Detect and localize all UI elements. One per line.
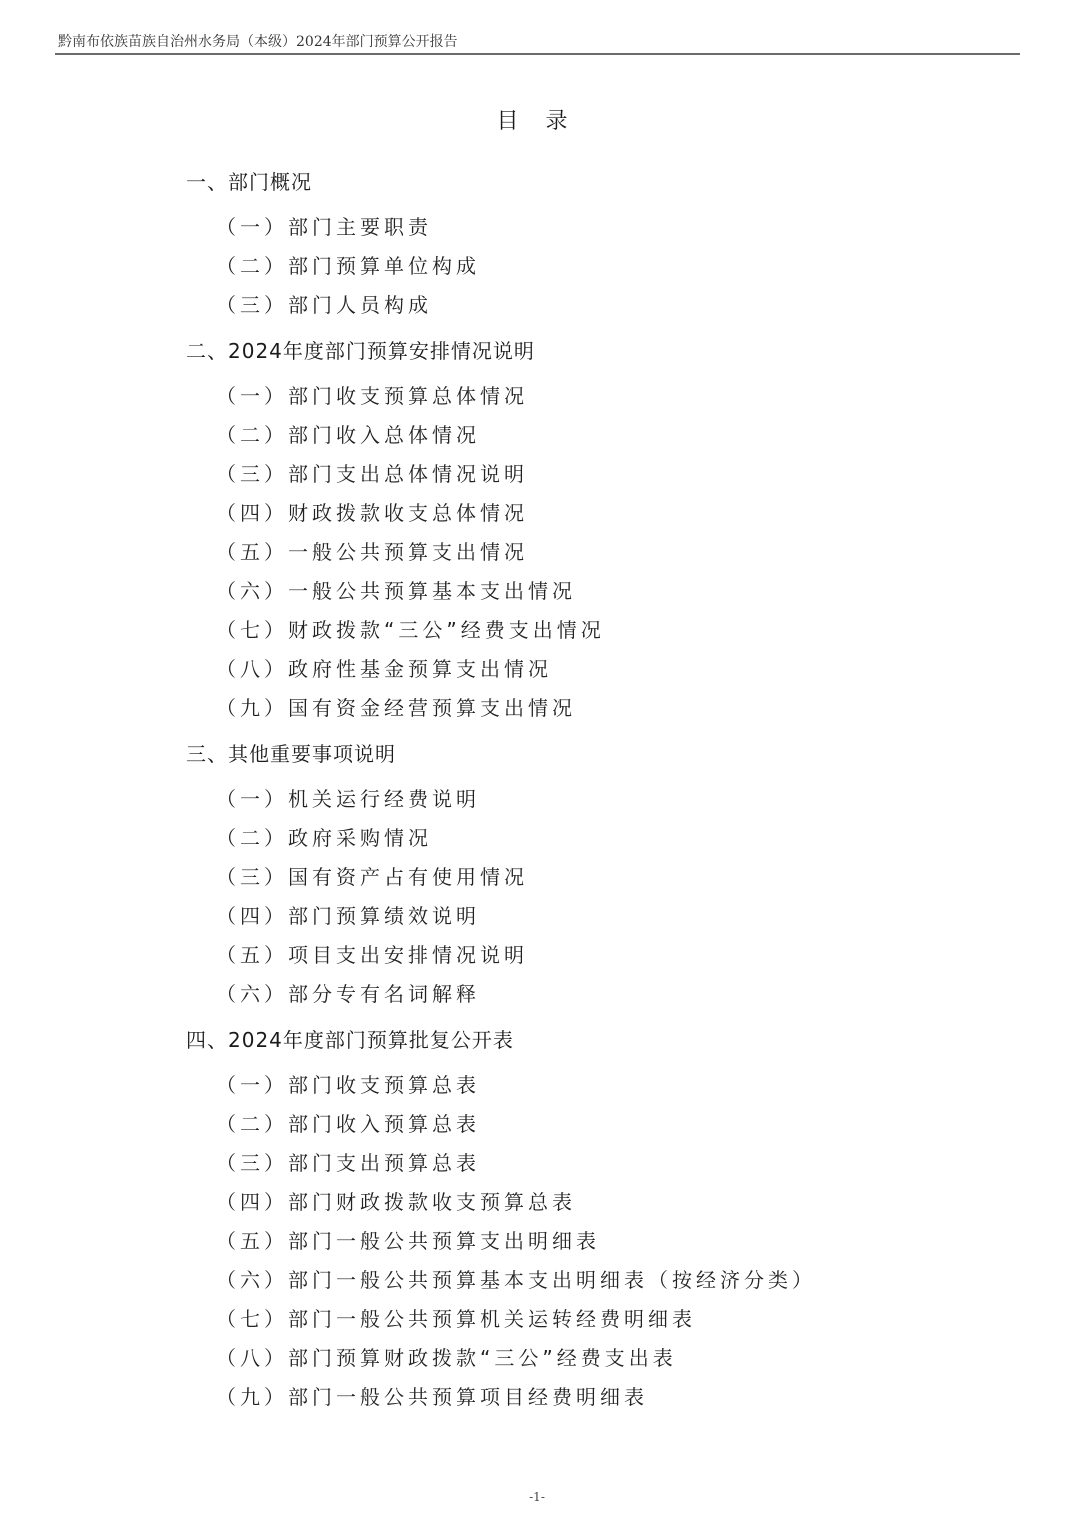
toc-item[interactable]: （三）国有资产占有使用情况 <box>216 861 528 890</box>
toc-item[interactable]: （一）部门收支预算总表 <box>216 1069 480 1098</box>
toc-title: 目 录 <box>0 104 1074 135</box>
toc-section-1[interactable]: 一、部门概况 <box>186 166 312 195</box>
toc-item[interactable]: （八）政府性基金预算支出情况 <box>216 653 552 682</box>
toc-item[interactable]: （八）部门预算财政拨款“三公”经费支出表 <box>216 1342 677 1371</box>
toc-item[interactable]: （二）部门预算单位构成 <box>216 250 480 279</box>
toc-item[interactable]: （一）部门收支预算总体情况 <box>216 380 528 409</box>
toc-item[interactable]: （六）部分专有名词解释 <box>216 978 480 1007</box>
header-title: 黔南布依族苗族自治州水务局（本级）2024年部门预算公开报告 <box>58 31 458 51</box>
toc-item[interactable]: （三）部门人员构成 <box>216 289 432 318</box>
toc-item[interactable]: （三）部门支出总体情况说明 <box>216 458 528 487</box>
toc-section-4[interactable]: 四、2024年度部门预算批复公开表 <box>186 1024 514 1053</box>
toc-item[interactable]: （五）一般公共预算支出情况 <box>216 536 528 565</box>
toc-item[interactable]: （二）政府采购情况 <box>216 822 432 851</box>
toc-section-2[interactable]: 二、2024年度部门预算安排情况说明 <box>186 335 535 364</box>
toc-section-3[interactable]: 三、其他重要事项说明 <box>186 738 396 767</box>
toc-item[interactable]: （二）部门收入总体情况 <box>216 419 480 448</box>
toc-item[interactable]: （二）部门收入预算总表 <box>216 1108 480 1137</box>
toc-item[interactable]: （四）财政拨款收支总体情况 <box>216 497 528 526</box>
toc-item[interactable]: （六）部门一般公共预算基本支出明细表（按经济分类） <box>216 1264 816 1293</box>
toc-item[interactable]: （四）部门预算绩效说明 <box>216 900 480 929</box>
toc-item[interactable]: （三）部门支出预算总表 <box>216 1147 480 1176</box>
toc-item[interactable]: （五）项目支出安排情况说明 <box>216 939 528 968</box>
header-divider <box>55 53 1020 55</box>
toc-item[interactable]: （一）部门主要职责 <box>216 211 432 240</box>
toc-item[interactable]: （七）财政拨款“三公”经费支出情况 <box>216 614 605 643</box>
toc-item[interactable]: （一）机关运行经费说明 <box>216 783 480 812</box>
toc-item[interactable]: （五）部门一般公共预算支出明细表 <box>216 1225 600 1254</box>
toc-item[interactable]: （九）国有资金经营预算支出情况 <box>216 692 576 721</box>
page-number: -1- <box>0 1490 1074 1504</box>
toc-item[interactable]: （六）一般公共预算基本支出情况 <box>216 575 576 604</box>
toc-item[interactable]: （四）部门财政拨款收支预算总表 <box>216 1186 576 1215</box>
toc-item[interactable]: （七）部门一般公共预算机关运转经费明细表 <box>216 1303 696 1332</box>
toc-item[interactable]: （九）部门一般公共预算项目经费明细表 <box>216 1381 648 1410</box>
